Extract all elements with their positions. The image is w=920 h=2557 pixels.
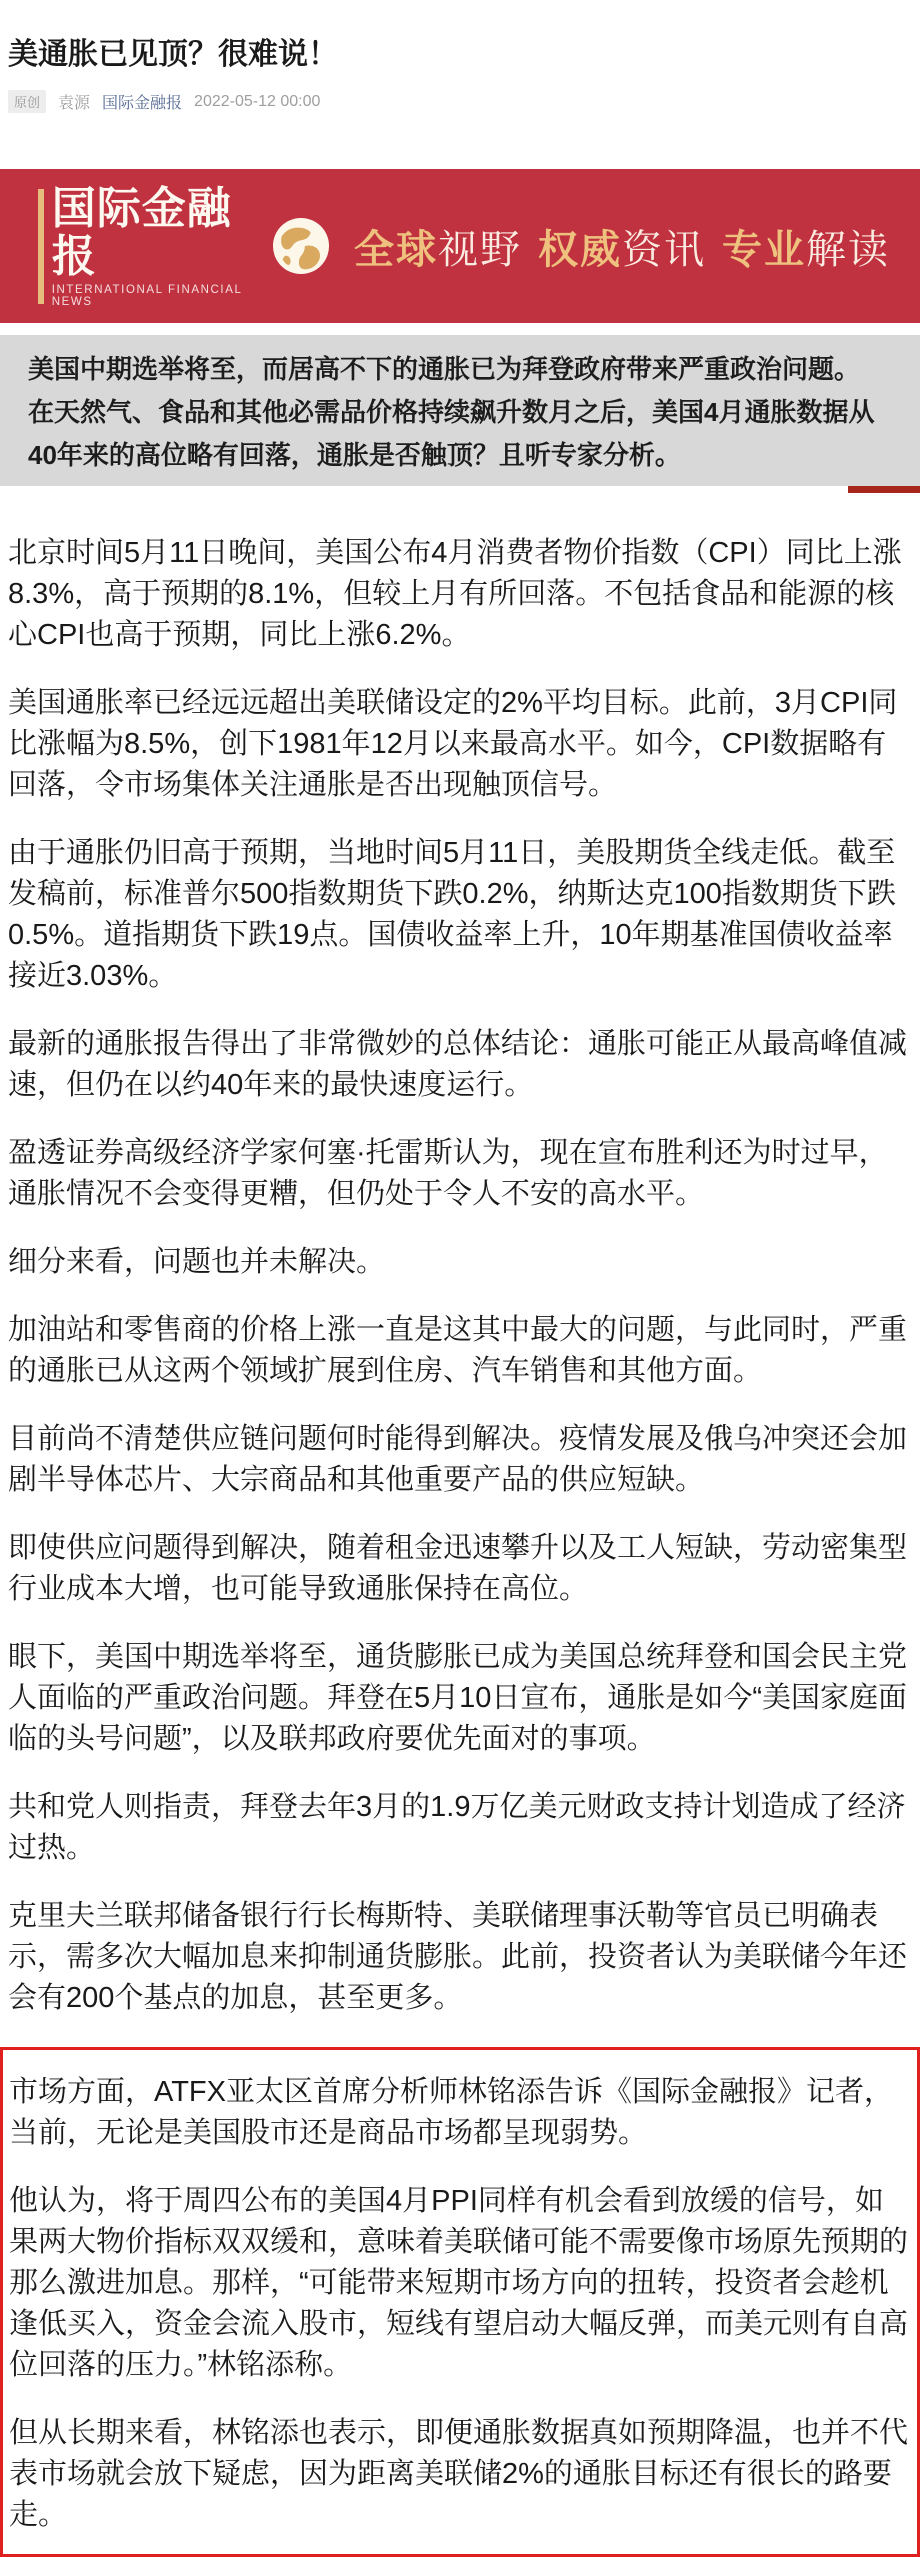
article-paragraph: 最新的通胀报告得出了非常微妙的总体结论：通胀可能正从最高峰值减速，但仍在以约40… (8, 1024, 912, 1106)
slogan-segment: 全球 (354, 218, 438, 275)
slogan-segment: 视野 (438, 218, 522, 275)
brand-name-cn: 国际金融报 (52, 185, 244, 281)
article-paragraph: 由于通胀仍旧高于预期，当地时间5月11日，美股期货全线走低。截至发稿前，标准普尔… (8, 833, 912, 997)
article-paragraph: 美国通胀率已经远远超出美联储设定的2%平均目标。此前，3月CPI同比涨幅为8.5… (8, 683, 912, 806)
slogan-segment: 专业 (722, 218, 806, 275)
lead-accent-bar (848, 486, 920, 493)
highlight-paragraph: 但从长期来看，林铭添也表示，即便通胀数据真如预期降温，也并不代表市场就会放下疑虑… (9, 2413, 909, 2536)
highlight-paragraph: 市场方面，ATFX亚太区首席分析师林铭添告诉《国际金融报》记者，当前，无论是美国… (9, 2072, 909, 2154)
article-paragraph: 共和党人则指责，拜登去年3月的1.9万亿美元财政支持计划造成了经济过热。 (8, 1787, 912, 1869)
banner-image[interactable]: 国际金融报 INTERNATIONAL FINANCIAL NEWS 全球视野权… (0, 169, 920, 323)
lead-summary-box: 美国中期选举将至，而居高不下的通胀已为拜登政府带来严重政治问题。 在天然气、食品… (0, 335, 920, 486)
article-paragraph: 眼下，美国中期选举将至，通货膨胀已成为美国总统拜登和国会民主党人面临的严重政治问… (8, 1637, 912, 1760)
publish-time: 2022-05-12 00:00 (194, 93, 320, 111)
lead-paragraph: 在天然气、食品和其他必需品价格持续飙升数月之后，美国4月通胀数据从40年来的高位… (28, 391, 892, 477)
page-title: 美通胀已见顶？很难说！ (8, 34, 910, 76)
article-paragraph: 目前尚不清楚供应链问题何时能得到解决。疫情发展及俄乌冲突还会加剧半导体芯片、大宗… (8, 1419, 912, 1501)
slogan-segment: 解读 (806, 218, 890, 275)
highlight-box: 市场方面，ATFX亚太区首席分析师林铭添告诉《国际金融报》记者，当前，无论是美国… (0, 2047, 920, 2557)
brand-logo: 国际金融报 INTERNATIONAL FINANCIAL NEWS (14, 185, 244, 308)
original-badge: 原创 (8, 90, 46, 113)
article-paragraph: 克里夫兰联邦储备银行行长梅斯特、美联储理事沃勒等官员已明确表示，需多次大幅加息来… (8, 1896, 912, 2019)
article-paragraph: 加油站和零售商的价格上涨一直是这其中最大的问题，与此同时，严重的通胀已从这两个领… (8, 1310, 912, 1392)
slogan-segment: 资讯 (622, 218, 706, 275)
source-link[interactable]: 国际金融报 (102, 90, 182, 113)
lead-paragraph: 美国中期选举将至，而居高不下的通胀已为拜登政府带来严重政治问题。 (28, 348, 892, 391)
globe-icon (272, 217, 330, 275)
article-body: 北京时间5月11日晚间，美国公布4月消费者物价指数（CPI）同比上涨8.3%，高… (8, 533, 912, 2019)
article-paragraph: 即使供应问题得到解决，随着租金迅速攀升以及工人短缺，劳动密集型行业成本大增，也可… (8, 1528, 912, 1610)
lead-accent-row (0, 486, 920, 493)
author-name: 袁源 (58, 90, 90, 113)
article-paragraph: 北京时间5月11日晚间，美国公布4月消费者物价指数（CPI）同比上涨8.3%，高… (8, 533, 912, 656)
byline: 原创 袁源 国际金融报 2022-05-12 00:00 (8, 90, 912, 113)
brand-name-en: INTERNATIONAL FINANCIAL NEWS (52, 284, 244, 308)
article-paragraph: 盈透证券高级经济学家何塞·托雷斯认为，现在宣布胜利还为时过早，通胀情况不会变得更… (8, 1133, 912, 1215)
slogan-segment: 权威 (538, 218, 622, 275)
brand-accent-bar (38, 189, 44, 304)
highlight-paragraph: 他认为，将于周四公布的美国4月PPI同样有机会看到放缓的信号，如果两大物价指标双… (9, 2181, 909, 2386)
article-paragraph: 细分来看，问题也并未解决。 (8, 1242, 912, 1283)
banner-slogan: 全球视野权威资讯专业解读 (354, 218, 906, 275)
